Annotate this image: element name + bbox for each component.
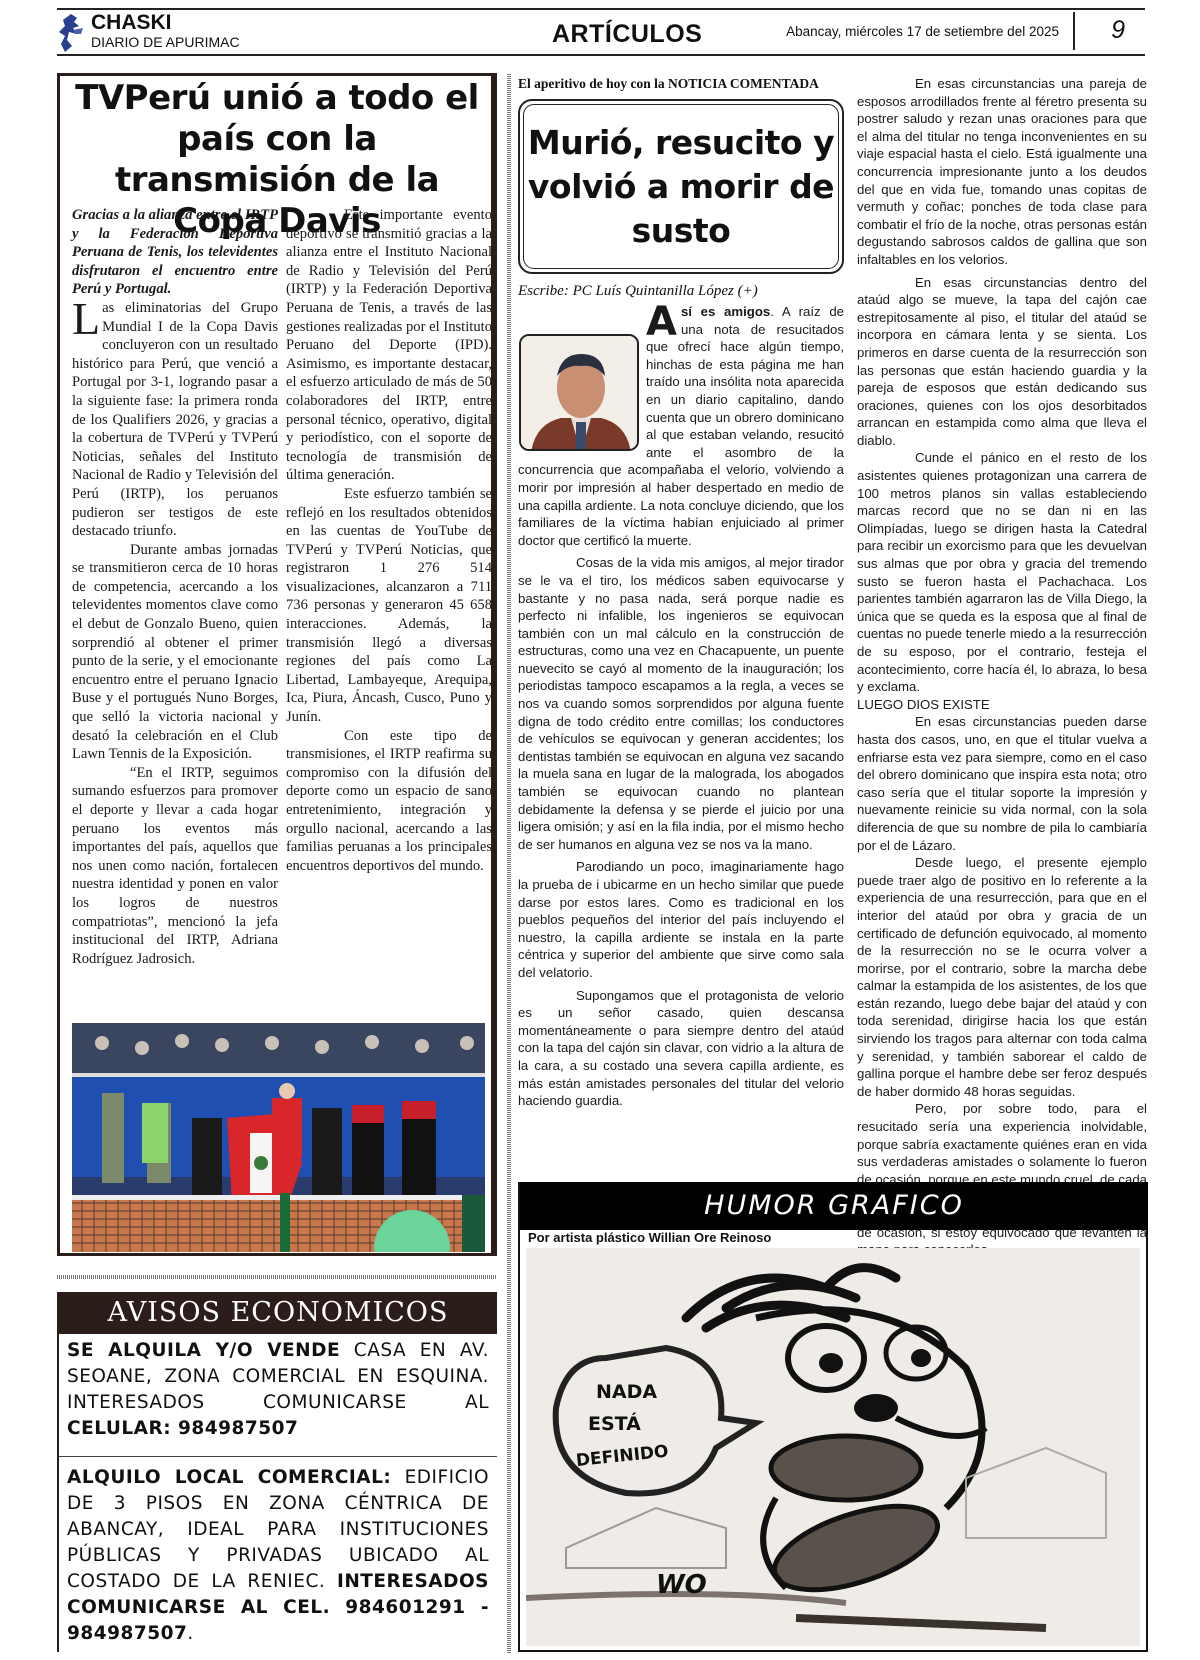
article-paragraph: Cunde el pánico en el resto de los asist… — [857, 449, 1147, 695]
bubble-line-1: NADA — [596, 1381, 657, 1403]
article-paragraph: Supongamos que el protagonista de velori… — [518, 987, 844, 1110]
opinion-column-2: En esas circunstancias una pareja de esp… — [857, 75, 1147, 1259]
article-paragraph: Parodiando un poco, imaginariamente hago… — [518, 858, 844, 981]
article-lead: Gracias a la alianza entre el IRTP y la … — [72, 206, 278, 299]
article-paragraph: En esas circunstancias pueden darse hast… — [857, 713, 1147, 854]
classified-ad-1: SE ALQUILA Y/O VENDE CASA EN AV. SEOANE,… — [59, 1334, 497, 1442]
page-number: 9 — [1111, 16, 1125, 45]
ad-divider — [59, 1456, 497, 1457]
brand: CHASKI DIARIO DE APURIMAC — [91, 12, 240, 50]
brand-subtitle: DIARIO DE APURIMAC — [91, 34, 240, 50]
section-title: ARTÍCULOS — [552, 20, 702, 49]
byline: Escribe: PC Luís Quintanilla López (+) — [518, 283, 758, 300]
article-columns: Gracias a la alianza entre el IRTP y la … — [72, 206, 492, 1076]
article-paragraph: Este esfuerzo también se reflejó en los … — [286, 485, 492, 727]
article-paragraph: Este importante evento deportivo se tran… — [286, 206, 492, 485]
article-paragraph: “En el IRTP, seguimos sumando esfuerzos … — [72, 764, 278, 969]
page-number-divider — [1073, 12, 1075, 50]
drop-cap: L — [72, 301, 102, 337]
davis-cup-photo — [72, 1023, 485, 1252]
humor-grafico: HUMOR GRAFICO Por artista plástico Willi… — [518, 1182, 1148, 1652]
tvperu-article: TVPerú unió a todo el país con la transm… — [57, 73, 497, 1256]
opinion-headline: Murió, resucito y volvió a morir de sust… — [523, 104, 839, 269]
bubble-line-2: ESTÁ — [588, 1412, 641, 1435]
artist-signature: WO — [656, 1570, 707, 1600]
classified-ads: AVISOS ECONOMICOS SE ALQUILA Y/O VENDE C… — [57, 1292, 497, 1652]
article-column-1: Gracias a la alianza entre el IRTP y la … — [72, 206, 278, 1076]
article-paragraph: Las eliminatorias del Grupo Mundial I de… — [72, 299, 278, 541]
opinion-title-box: Murió, resucito y volvió a morir de sust… — [518, 99, 844, 274]
column-divider — [507, 73, 511, 1653]
cartoon: NADA ESTÁ DEFINIDO WO — [526, 1248, 1140, 1646]
article-paragraph: Desde luego, el presente ejemplo puede t… — [857, 854, 1147, 1100]
section-divider — [57, 1275, 497, 1279]
article-paragraph: Durante ambas jornadas se transmitieron … — [72, 541, 278, 764]
article-subhead: LUEGO DIOS EXISTE — [857, 696, 1147, 714]
article-paragraph: Con este tipo de transmisiones, el IRTP … — [286, 727, 492, 876]
column-kicker: El aperitivo de hoy con la NOTICIA COMEN… — [518, 76, 819, 92]
classified-ad-2: ALQUILO LOCAL COMERCIAL: EDIFICIO DE 3 P… — [59, 1461, 497, 1647]
drop-cap: A — [646, 306, 681, 338]
article-paragraph: En esas circunstancias una pareja de esp… — [857, 75, 1147, 269]
chaski-runner-logo-icon — [57, 12, 87, 54]
cartoon-drawing-icon: NADA ESTÁ DEFINIDO WO — [526, 1248, 1140, 1646]
article-column-2: Este importante evento deportivo se tran… — [286, 206, 492, 1076]
tennis-team-photo-icon — [72, 1023, 485, 1252]
article-paragraph: Cosas de la vida mis amigos, al mejor ti… — [518, 554, 844, 853]
masthead: CHASKI DIARIO DE APURIMAC ARTÍCULOS Aban… — [57, 8, 1145, 56]
article-paragraph: En esas circunstancias dentro del ataúd … — [857, 274, 1147, 450]
ad-phone: CELULAR: 984987507 — [67, 1418, 298, 1439]
brand-name: CHASKI — [91, 12, 240, 34]
dateline: Abancay, miércoles 17 de setiembre del 2… — [786, 24, 1059, 39]
humor-credit: Por artista plástico Willian Ore Reinoso — [528, 1230, 771, 1245]
humor-title: HUMOR GRAFICO — [520, 1182, 1148, 1230]
opinion-column-1: Así es amigos. A raíz de una nota de res… — [518, 303, 844, 1110]
photo-wrap-space — [518, 303, 646, 461]
classified-ads-title: AVISOS ECONOMICOS — [59, 1292, 497, 1334]
